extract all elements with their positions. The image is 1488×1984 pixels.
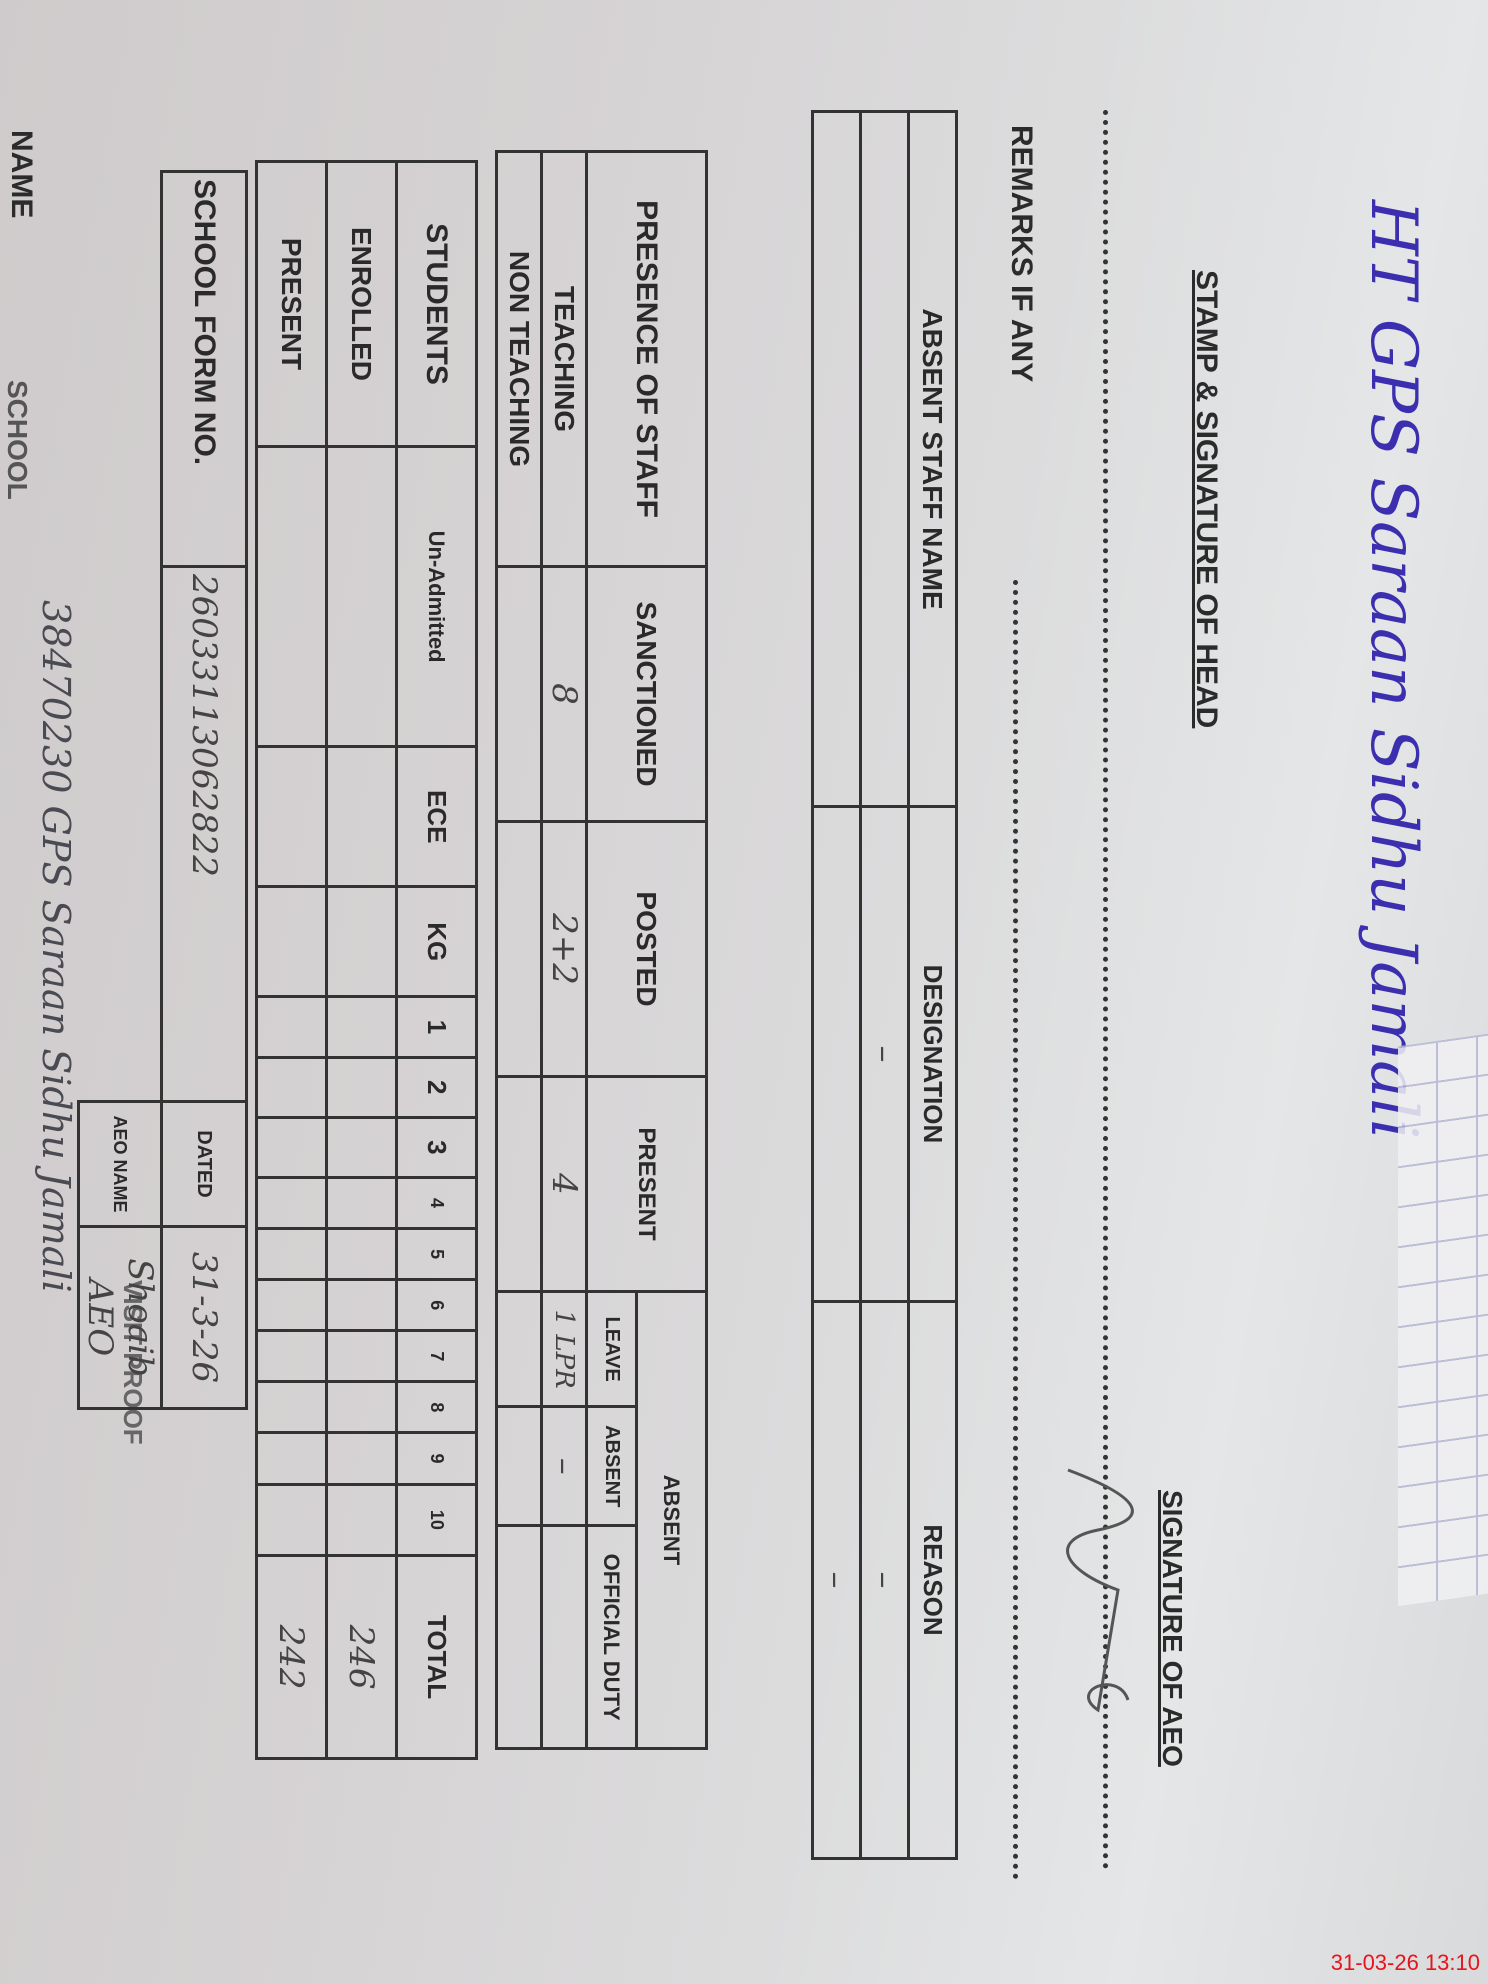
- remarks-label: REMARKS IF ANY: [1004, 125, 1038, 382]
- students-cell: [327, 1382, 397, 1433]
- students-cell: [327, 1178, 397, 1229]
- students-cell: [257, 1178, 327, 1229]
- students-cell: [327, 447, 397, 747]
- students-cell: [327, 747, 397, 887]
- students-col-header: Un-Admitted: [397, 447, 477, 747]
- sanctioned-header: SANCTIONED: [587, 567, 707, 822]
- students-col-header: 1: [397, 997, 477, 1057]
- teaching-label: TEACHING: [542, 152, 587, 567]
- designation-header: DESIGNATION: [909, 807, 957, 1302]
- students-cell: [257, 1117, 327, 1177]
- stamp-signature-head-label: STAMP & SIGNATURE OF HEAD: [1189, 270, 1223, 728]
- students-cell: [327, 1331, 397, 1382]
- students-cell: [327, 997, 397, 1057]
- teaching-official-duty: [542, 1526, 587, 1749]
- posted-header: POSTED: [587, 822, 707, 1077]
- students-cell: [327, 1229, 397, 1280]
- students-col-header: 6: [397, 1280, 477, 1331]
- present-header: PRESENT: [587, 1077, 707, 1292]
- students-col-header: 10: [397, 1484, 477, 1556]
- reason-2: –: [813, 1302, 861, 1859]
- non-teaching-posted: [497, 822, 542, 1077]
- students-cell: [257, 1331, 327, 1382]
- teaching-leave: 1 LPR: [542, 1292, 587, 1407]
- designation-2: [813, 807, 861, 1302]
- students-cell: [327, 1117, 397, 1177]
- students-col-header: 9: [397, 1433, 477, 1484]
- non-teaching-leave: [497, 1292, 542, 1407]
- non-teaching-sanctioned: [497, 567, 542, 822]
- absent-staff-name-2: [813, 112, 861, 807]
- absent-staff-name-1: [861, 112, 909, 807]
- students-cell: [257, 1280, 327, 1331]
- students-col-header: 3: [397, 1117, 477, 1177]
- non-teaching-official-duty: [497, 1526, 542, 1749]
- teaching-present: 4: [542, 1077, 587, 1292]
- students-col-header: 2: [397, 1057, 477, 1117]
- students-cell: [327, 1433, 397, 1484]
- school-form-no-label: SCHOOL FORM NO.: [162, 172, 247, 567]
- students-cell: [257, 1229, 327, 1280]
- visit-proof-form: VISIT PROOF NAME SCHOOL 38470230 GPS Sar…: [0, 0, 1488, 1984]
- school-name-value: 38470230 GPS Saraan Sidhu Jamali: [34, 600, 78, 1300]
- school-name-label: NAME: [4, 130, 38, 218]
- students-cell: [257, 1433, 327, 1484]
- students-col-header: TOTAL: [397, 1556, 477, 1759]
- students-cell: [257, 887, 327, 997]
- staff-table: PRESENCE OF STAFF SANCTIONED POSTED PRES…: [495, 150, 708, 1750]
- students-cell: [257, 447, 327, 747]
- aeo-name-value: Shoaib AEO: [79, 1227, 162, 1409]
- school-label: SCHOOL: [1, 380, 33, 500]
- school-form-no-value: 26033113062822: [162, 567, 247, 1102]
- students-col-header: ECE: [397, 747, 477, 887]
- absent-header: ABSENT: [587, 1407, 637, 1526]
- students-col-header: 4: [397, 1178, 477, 1229]
- absent-staff-name-header: ABSENT STAFF NAME: [909, 112, 957, 807]
- students-cell: 242: [257, 1556, 327, 1759]
- dated-value: 31-3-26: [162, 1227, 247, 1409]
- presence-of-staff-label: PRESENCE OF STAFF: [587, 152, 707, 567]
- form-no-table: SCHOOL FORM NO. 26033113062822 DATED 31-…: [77, 170, 248, 1410]
- dated-label: DATED: [162, 1102, 247, 1227]
- camera-timestamp: 31-03-26 13:10: [1331, 1950, 1480, 1976]
- students-cell: [257, 997, 327, 1057]
- students-cell: [257, 1484, 327, 1556]
- designation-1: –: [861, 807, 909, 1302]
- absent-staff-table: ABSENT STAFF NAME DESIGNATION REASON – –…: [811, 110, 958, 1860]
- students-label: STUDENTS: [397, 162, 477, 447]
- graph-paper-flap: [1398, 1034, 1488, 1607]
- non-teaching-present: [497, 1077, 542, 1292]
- students-table: STUDENTSUn-AdmittedECEKG12345678910TOTAL…: [255, 160, 478, 1760]
- students-col-header: 8: [397, 1382, 477, 1433]
- absent-group-header: ABSENT: [637, 1292, 707, 1749]
- signature-aeo-label: SIGNATURE OF AEO: [1156, 1490, 1188, 1767]
- teaching-sanctioned: 8: [542, 567, 587, 822]
- students-cell: [257, 1057, 327, 1117]
- non-teaching-absent: [497, 1407, 542, 1526]
- teaching-absent: –: [542, 1407, 587, 1526]
- aeo-signature-mark: [1048, 1460, 1158, 1720]
- students-cell: [327, 1057, 397, 1117]
- official-duty-header: OFFICIAL DUTY: [587, 1526, 637, 1749]
- students-cell: [257, 747, 327, 887]
- students-row-label: PRESENT: [257, 162, 327, 447]
- remarks-line-1: [1013, 580, 1018, 1880]
- reason-1: –: [861, 1302, 909, 1859]
- students-cell: [327, 1280, 397, 1331]
- leave-header: LEAVE: [587, 1292, 637, 1407]
- reason-header: REASON: [909, 1302, 957, 1859]
- students-cell: [327, 887, 397, 997]
- students-cell: [257, 1382, 327, 1433]
- students-col-header: 5: [397, 1229, 477, 1280]
- students-col-header: KG: [397, 887, 477, 997]
- non-teaching-label: NON TEACHING: [497, 152, 542, 567]
- aeo-name-label: AEO NAME: [79, 1102, 162, 1227]
- students-row-label: ENROLLED: [327, 162, 397, 447]
- students-col-header: 7: [397, 1331, 477, 1382]
- teaching-posted: 2+2: [542, 822, 587, 1077]
- students-cell: [327, 1484, 397, 1556]
- students-cell: 246: [327, 1556, 397, 1759]
